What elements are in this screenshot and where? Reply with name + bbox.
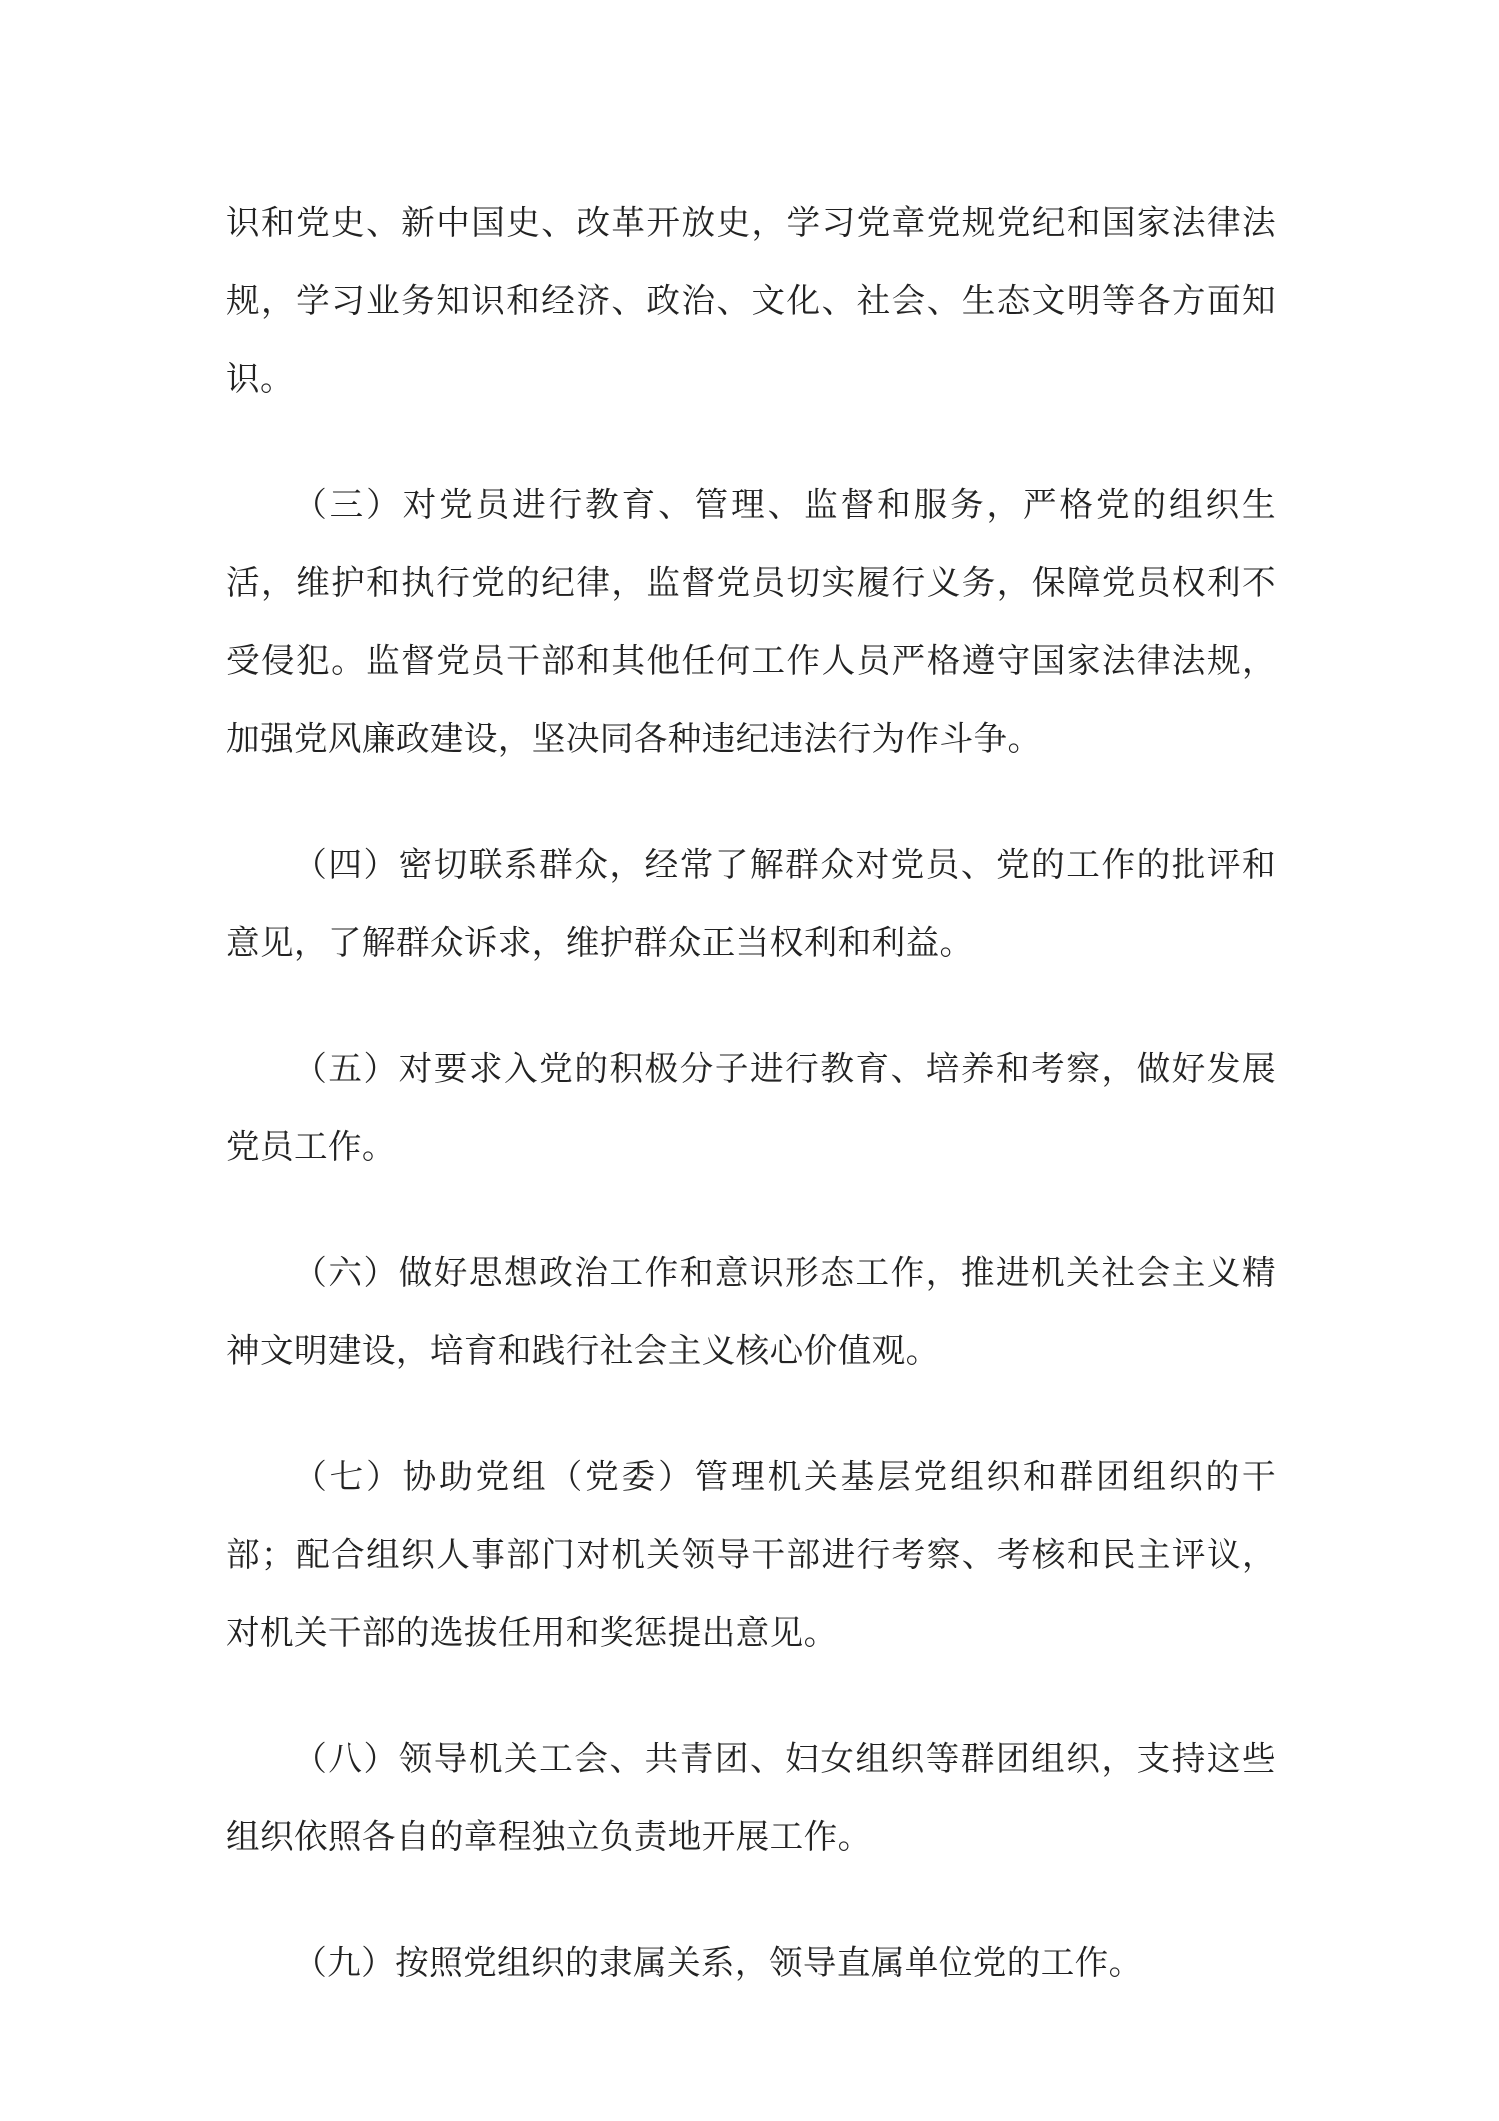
document-page: 识和党史、新中国史、改革开放史，学习党章党规党纪和国家法律法规，学习业务知识和经… [0,0,1499,2121]
paragraph-continuation: 识和党史、新中国史、改革开放史，学习党章党规党纪和国家法律法规，学习业务知识和经… [226,184,1276,418]
document-body: 识和党史、新中国史、改革开放史，学习党章党规党纪和国家法律法规，学习业务知识和经… [226,184,1276,2050]
paragraph-item-5: （五）对要求入党的积极分子进行教育、培养和考察，做好发展党员工作。 [226,1030,1276,1186]
paragraph-item-7: （七）协助党组（党委）管理机关基层党组织和群团组织的干部；配合组织人事部门对机关… [226,1438,1276,1672]
paragraph-item-6: （六）做好思想政治工作和意识形态工作，推进机关社会主义精神文明建设，培育和践行社… [226,1234,1276,1390]
paragraph-item-3: （三）对党员进行教育、管理、监督和服务，严格党的组织生活，维护和执行党的纪律，监… [226,466,1276,778]
paragraph-item-8: （八）领导机关工会、共青团、妇女组织等群团组织，支持这些组织依照各自的章程独立负… [226,1720,1276,1876]
paragraph-item-9: （九）按照党组织的隶属关系，领导直属单位党的工作。 [226,1924,1276,2002]
paragraph-item-4: （四）密切联系群众，经常了解群众对党员、党的工作的批评和意见，了解群众诉求，维护… [226,826,1276,982]
